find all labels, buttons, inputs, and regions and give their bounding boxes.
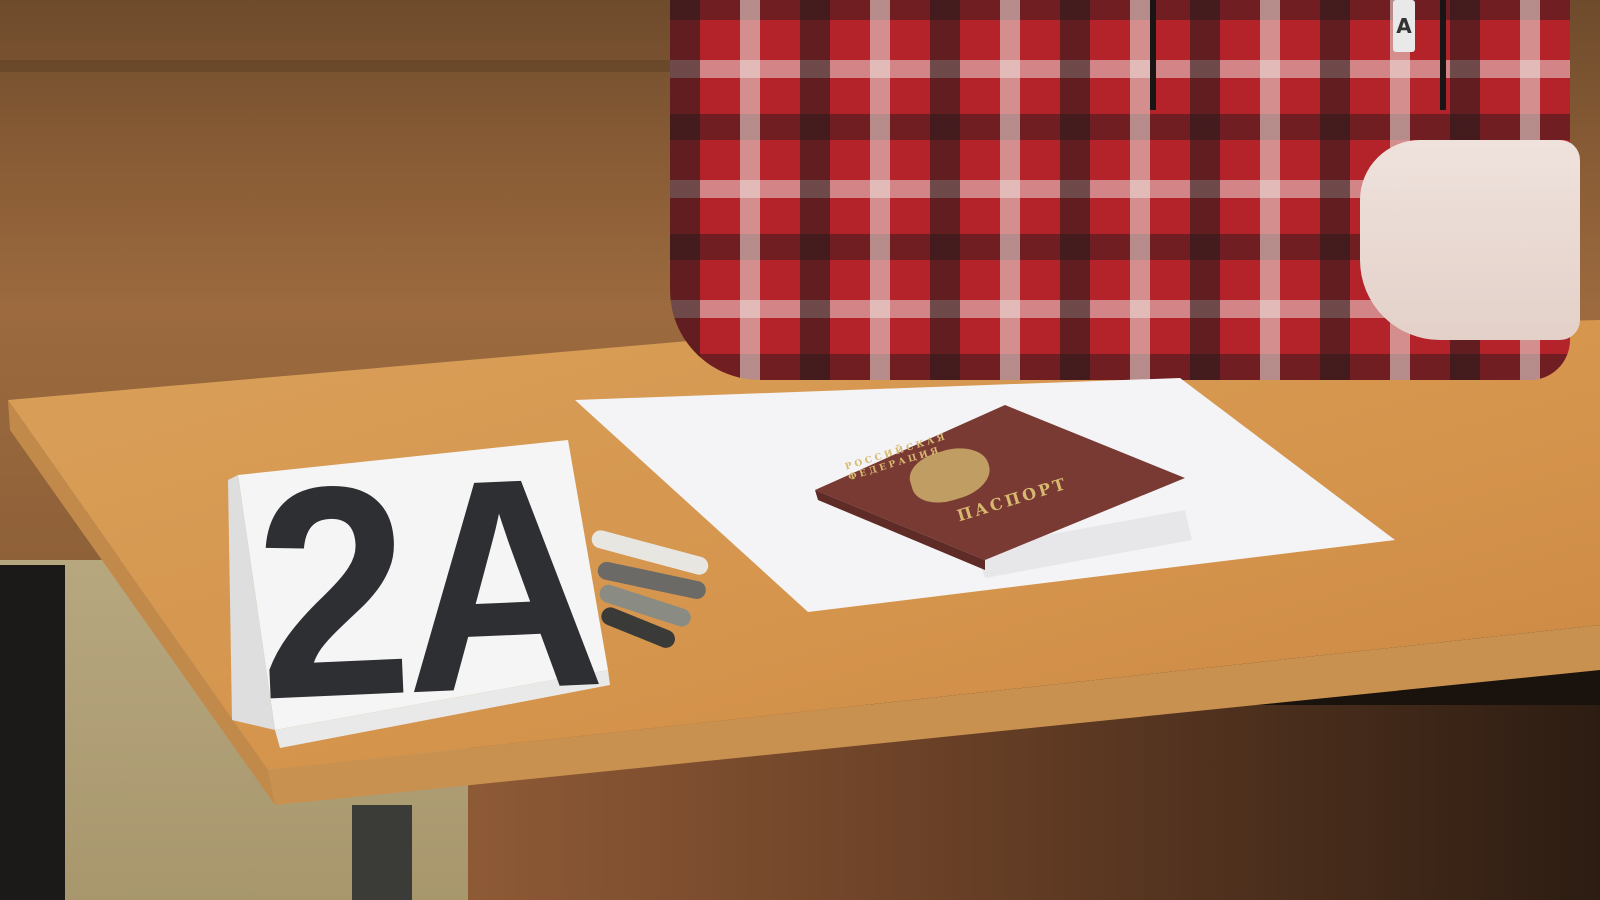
table-tent-sign-shape bbox=[0, 0, 1600, 900]
photo-scene: A РОССИЙСКАЯ ФЕДЕРАЦИЯ ПАСПОРТ 2A bbox=[0, 0, 1600, 900]
seat-number-sign: 2A bbox=[250, 430, 601, 744]
